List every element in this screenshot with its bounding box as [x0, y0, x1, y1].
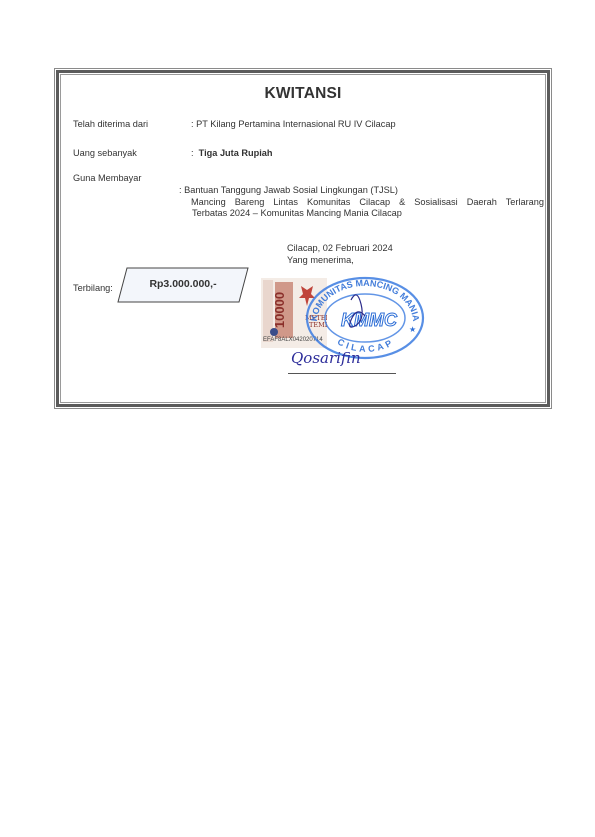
signature: Qosarifin: [291, 349, 361, 367]
field-value: Tiga Juta Rupiah: [199, 148, 273, 158]
purpose-line-3: Terbatas 2024 – Komunitas Mancing Mania …: [192, 208, 544, 220]
receipt-frame: KWITANSI Telah diterima dari : PT Kilang…: [54, 68, 552, 409]
purpose-line-2: Mancing Bareng Lintas Komunitas Cilacap …: [191, 197, 544, 209]
receipt-title: KWITANSI: [61, 85, 545, 103]
receiver-label: Yang menerima,: [287, 254, 393, 266]
field-label: Telah diterima dari: [73, 119, 148, 129]
place-date: Cilacap, 02 Februari 2024: [287, 242, 393, 254]
field-value: : PT Kilang Pertamina Internasional RU I…: [191, 119, 396, 129]
amount-value: Rp3.000.000,-: [117, 278, 249, 290]
receipt-inner-border: KWITANSI Telah diterima dari : PT Kilang…: [60, 74, 546, 403]
amount-box: Rp3.000.000,-: [117, 267, 249, 303]
svg-text:10000: 10000: [272, 292, 287, 328]
field-label: Uang sebanyak: [73, 148, 137, 158]
purpose-description: : Bantuan Tanggung Jawab Sosial Lingkung…: [191, 185, 544, 220]
signature-line: [288, 373, 396, 374]
field-label: Guna Membayar: [73, 173, 141, 183]
field-colon: :: [191, 148, 194, 158]
svg-text:KMMC: KMMC: [341, 310, 398, 330]
place-date-block: Cilacap, 02 Februari 2024 Yang menerima,: [287, 242, 393, 266]
svg-text:★: ★: [409, 325, 416, 334]
terbilang-label: Terbilang:: [73, 283, 113, 293]
purpose-line-1: : Bantuan Tanggung Jawab Sosial Lingkung…: [179, 185, 544, 197]
receipt-border: KWITANSI Telah diterima dari : PT Kilang…: [56, 70, 550, 407]
